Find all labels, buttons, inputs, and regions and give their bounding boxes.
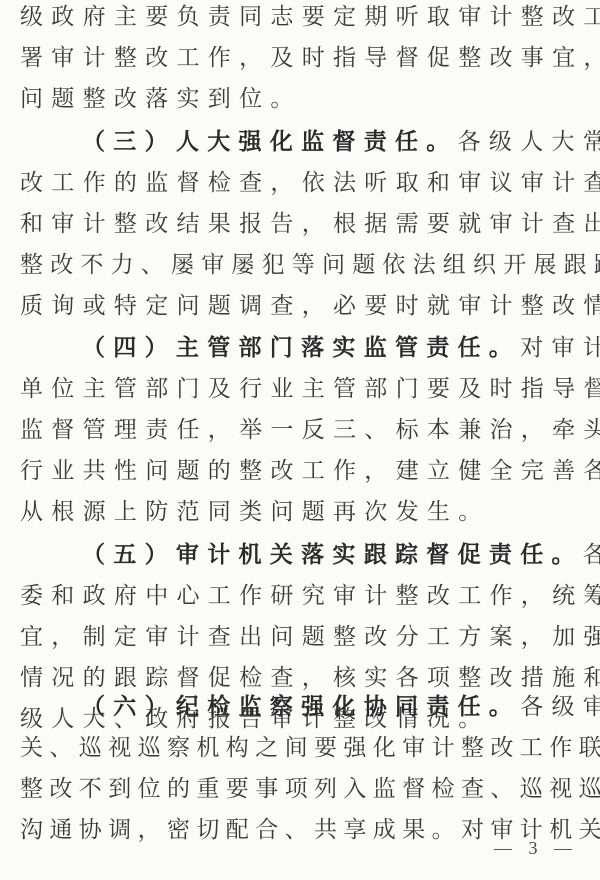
section-heading: （六）纪检监察强化协同责任。	[82, 693, 520, 720]
section-6-heading-line: （六）纪检监察强化协同责任。各级审计机关与纪检监察机	[82, 692, 600, 733]
section-3-heading-line: （三）人大强化监督责任。各级人大常委会要加强对审计整	[82, 127, 600, 168]
text-line: 委和政府中心工作研究审计整改工作，统筹协调审计整改监督事	[20, 581, 600, 622]
text-line: 监督管理责任，举一反三、标本兼治，牵头研究解决审计查出的	[20, 415, 600, 456]
text-line: 从根源上防范同类问题再次发生。	[20, 497, 490, 538]
section-heading: （五）审计机关落实跟踪督促责任。	[82, 541, 583, 568]
text-line: 改工作的监督检查，依法听取和审议审计查出突出问题整改情况	[20, 168, 600, 209]
text-line: 整改不到位的重要事项列入监督检查、巡视巡察的重要内容，加强	[20, 774, 600, 815]
section-heading: （四）主管部门落实监管责任。	[82, 334, 520, 361]
text-line: 单位主管部门及行业主管部门要及时指导督促整改，切实担负起	[20, 374, 600, 415]
text-line: 整改不力、屡审屡犯等问题依法组织开展跟踪调研、专题询问、	[20, 250, 600, 291]
text-line: 宜，制定审计查出问题整改分工方案，加强对审计查出问题整改	[20, 622, 600, 663]
text-line: 署审计整改工作，及时指导督促整改事宜，推动本地区审计查出	[20, 43, 600, 84]
text-line: 和审计整改结果报告，根据需要就审计查出突出问题整改情况及	[20, 209, 600, 250]
text-line: 问题整改落实到位。	[20, 84, 302, 125]
section-5-heading-line: （五）审计机关落实跟踪督促责任。各级审计机关要围绕党	[82, 540, 600, 581]
text-line: 关、巡视巡察机构之间要强化审计整改工作联动，将审计查出问题	[20, 733, 600, 774]
text-line: 行业共性问题的整改工作，建立健全完善各领域长效管理机制，	[20, 456, 600, 497]
section-4-heading-line: （四）主管部门落实监管责任。对审计查出的问题，被审计	[82, 333, 600, 374]
section-heading: （三）人大强化监督责任。	[82, 128, 458, 155]
text-line: 质询或特定问题调查，必要时就审计整改情况报告作出决议。	[20, 291, 600, 332]
page-number: — 3 —	[494, 838, 578, 859]
text-line: 级政府主要负责同志要定期听取审计整改工作汇报，专题研究部	[20, 2, 600, 43]
